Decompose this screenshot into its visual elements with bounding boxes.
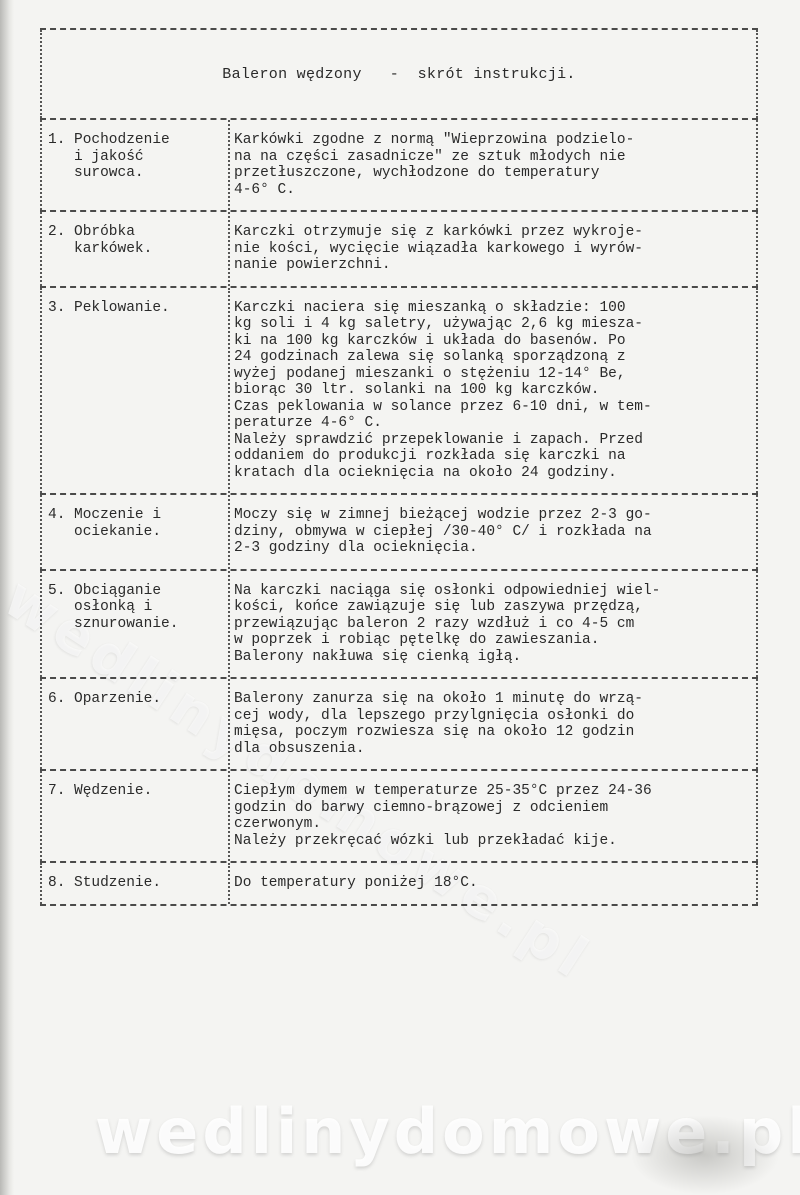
section-text-line: 24 godzinach zalewa się solanką sporządz… — [234, 349, 748, 366]
stain — [630, 1115, 780, 1195]
section-number: 8. — [48, 875, 74, 892]
section-text-line: przetłuszczone, wychłodzone do temperatu… — [234, 165, 748, 182]
section-text-line: biorąc 30 ltr. solanki na 100 kg karczkó… — [234, 382, 748, 399]
section-label-cell: 2.Obróbka karkówek. — [42, 212, 228, 286]
divider — [40, 904, 758, 906]
section-row: 8.Studzenie.Do temperatury poniżej 18°C. — [40, 863, 758, 904]
section-row: 1.Pochodzenie i jakość surowca.Karkówki … — [40, 120, 758, 210]
section-number: 7. — [48, 783, 74, 849]
section-text-line: mięsa, poczym rozwiesza się na około 12 … — [234, 724, 748, 741]
section-text-line: peraturze 4-6° C. — [234, 415, 748, 432]
section-body: Na karczki naciąga się osłonki odpowiedn… — [228, 571, 756, 678]
section-text-line: nie kości, wycięcie wiązadła karkowego i… — [234, 241, 748, 258]
section-number: 4. — [48, 507, 74, 557]
section-text-line: dla obsuszenia. — [234, 741, 748, 758]
section-label-cell: 1.Pochodzenie i jakość surowca. — [42, 120, 228, 210]
section-label: Obciąganie osłonką i sznurowanie. — [74, 583, 178, 666]
section-body: Balerony zanurza się na około 1 minutę d… — [228, 679, 756, 769]
section-body: Do temperatury poniżej 18°C. — [228, 863, 756, 904]
section-text-line: Ciepłym dymem w temperaturze 25-35°C prz… — [234, 783, 748, 800]
section-text-line: Karczki naciera się mieszanką o składzie… — [234, 300, 748, 317]
section-number: 3. — [48, 300, 74, 482]
section-text-line: w poprzek i robiąc pętelkę do zawieszani… — [234, 632, 748, 649]
section-label: Studzenie. — [74, 875, 161, 892]
section-text-line: Należy przekręcać wózki lub przekładać k… — [234, 833, 748, 850]
section-label-cell: 6.Oparzenie. — [42, 679, 228, 769]
document-title: Baleron wędzony - skrót instrukcji. — [222, 66, 575, 83]
section-text-line: ki na 100 kg karczków i układa do basenó… — [234, 333, 748, 350]
section-row: 3.Peklowanie.Karczki naciera się mieszan… — [40, 288, 758, 494]
section-row: 4.Moczenie i ociekanie.Moczy się w zimne… — [40, 495, 758, 569]
section-text-line: oddaniem do produkcji rozkłada się karcz… — [234, 448, 748, 465]
section-text-line: wyżej podanej mieszanki o stężeniu 12-14… — [234, 366, 748, 383]
section-text-line: czerwonym. — [234, 816, 748, 833]
section-number: 1. — [48, 132, 74, 198]
section-text-line: dziny, obmywa w ciepłej /30-40° C/ i roz… — [234, 524, 748, 541]
section-row: 7.Wędzenie.Ciepłym dymem w temperaturze … — [40, 771, 758, 861]
section-label-cell: 3.Peklowanie. — [42, 288, 228, 494]
section-body: Moczy się w zimnej bieżącej wodzie przez… — [228, 495, 756, 569]
section-label-cell: 5.Obciąganie osłonką i sznurowanie. — [42, 571, 228, 678]
section-text-line: 2-3 godziny dla ocieknięcia. — [234, 540, 748, 557]
section-body: Ciepłym dymem w temperaturze 25-35°C prz… — [228, 771, 756, 861]
section-text-line: 4-6° C. — [234, 182, 748, 199]
section-label: Oparzenie. — [74, 691, 161, 757]
section-label-cell: 4.Moczenie i ociekanie. — [42, 495, 228, 569]
instruction-sheet: Baleron wędzony - skrót instrukcji. 1.Po… — [40, 28, 758, 906]
section-text-line: Na karczki naciąga się osłonki odpowiedn… — [234, 583, 748, 600]
section-label-cell: 8.Studzenie. — [42, 863, 228, 904]
section-number: 5. — [48, 583, 74, 666]
section-text-line: Należy sprawdzić przepeklowanie i zapach… — [234, 432, 748, 449]
section-body: Karkówki zgodne z normą "Wieprzowina pod… — [228, 120, 756, 210]
section-text-line: Do temperatury poniżej 18°C. — [234, 875, 748, 892]
section-number: 2. — [48, 224, 74, 274]
section-text-line: kości, końce zawiązuje się lub zaszywa p… — [234, 599, 748, 616]
section-row: 5.Obciąganie osłonką i sznurowanie.Na ka… — [40, 571, 758, 678]
section-text-line: Balerony zanurza się na około 1 minutę d… — [234, 691, 748, 708]
section-text-line: kratach dla ocieknięcia na około 24 godz… — [234, 465, 748, 482]
section-label: Wędzenie. — [74, 783, 152, 849]
section-text-line: przewiązując baleron 2 razy wzdłuż i co … — [234, 616, 748, 633]
section-label: Obróbka karkówek. — [74, 224, 152, 274]
bottom-watermark: wedlinydomowe.pl — [95, 1095, 715, 1168]
section-text-line: godzin do barwy ciemno-brązowej z odcien… — [234, 800, 748, 817]
section-row: 2.Obróbka karkówek.Karczki otrzymuje się… — [40, 212, 758, 286]
section-label-cell: 7.Wędzenie. — [42, 771, 228, 861]
section-text-line: cej wody, dla lepszego przylgnięcia osło… — [234, 708, 748, 725]
section-text-line: Karczki otrzymuje się z karkówki przez w… — [234, 224, 748, 241]
section-label: Pochodzenie i jakość surowca. — [74, 132, 170, 198]
section-label: Peklowanie. — [74, 300, 170, 482]
section-text-line: Czas peklowania w solance przez 6-10 dni… — [234, 399, 748, 416]
section-text-line: Karkówki zgodne z normą "Wieprzowina pod… — [234, 132, 748, 149]
section-text-line: Balerony nakłuwa się cienką igłą. — [234, 649, 748, 666]
section-text-line: nanie powierzchni. — [234, 257, 748, 274]
section-number: 6. — [48, 691, 74, 757]
section-text-line: na na części zasadnicze" ze sztuk młodyc… — [234, 149, 748, 166]
section-text-line: Moczy się w zimnej bieżącej wodzie przez… — [234, 507, 748, 524]
sections-table: 1.Pochodzenie i jakość surowca.Karkówki … — [40, 120, 758, 906]
section-body: Karczki naciera się mieszanką o składzie… — [228, 288, 756, 494]
section-label: Moczenie i ociekanie. — [74, 507, 161, 557]
section-row: 6.Oparzenie.Balerony zanurza się na okoł… — [40, 679, 758, 769]
section-body: Karczki otrzymuje się z karkówki przez w… — [228, 212, 756, 286]
title-box: Baleron wędzony - skrót instrukcji. — [40, 30, 758, 118]
section-text-line: kg soli i 4 kg saletry, używając 2,6 kg … — [234, 316, 748, 333]
